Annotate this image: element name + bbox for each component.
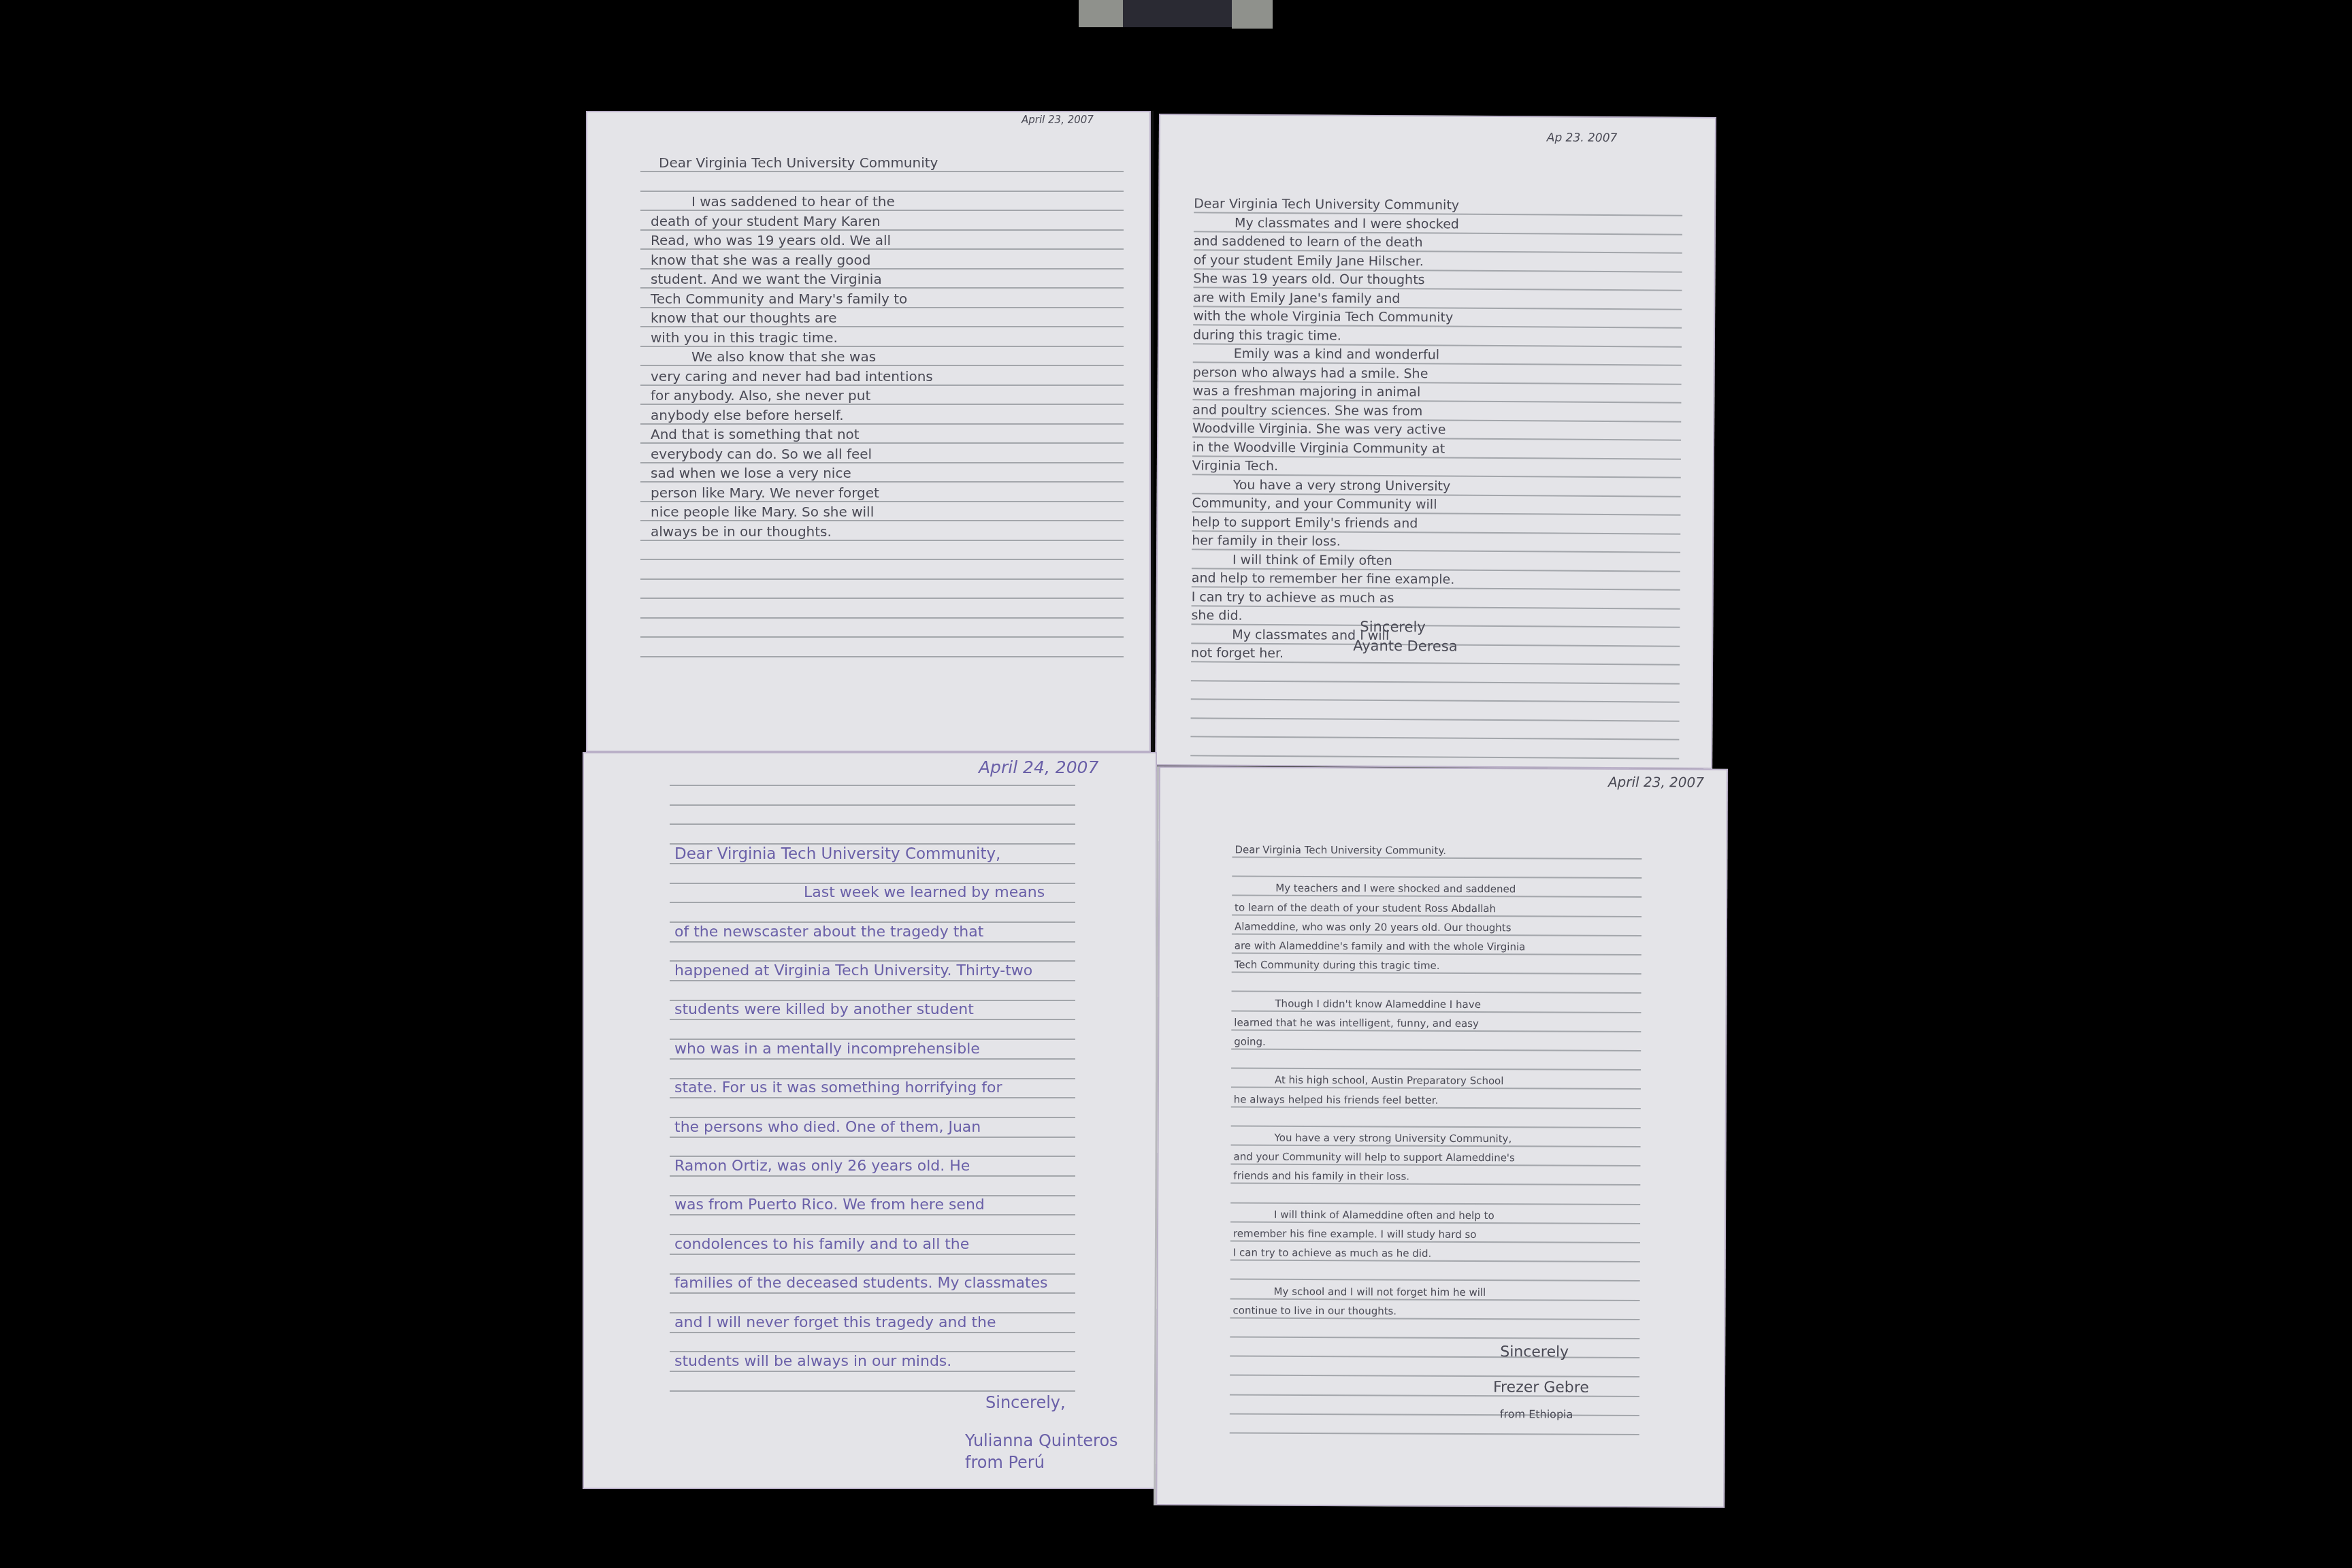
letter-line: Tech Community during this tragic time. <box>1235 959 1440 972</box>
letter-line: of your student Emily Jane Hilscher. <box>1194 252 1424 269</box>
letter-line: and poultry sciences. She was from <box>1192 402 1422 419</box>
letter-line: student. And we want the Virginia <box>651 271 882 287</box>
letter-line: You have a very strong University Commun… <box>1275 1132 1512 1145</box>
letter-line: help to support Emily's friends and <box>1192 514 1418 531</box>
ruled-line <box>1230 1279 1640 1282</box>
ruled-line <box>670 1000 1075 1001</box>
ruled-line <box>640 442 1124 444</box>
letter-line: My classmates and I were shocked <box>1235 215 1459 231</box>
letter-signature: Ayante Deresa <box>1353 638 1458 655</box>
ruled-line <box>640 598 1124 599</box>
ruled-line <box>640 210 1124 211</box>
ruled-line <box>1232 856 1641 860</box>
ruled-line <box>670 902 1075 903</box>
ruled-line <box>670 863 1075 864</box>
ruled-line <box>1230 1432 1639 1435</box>
ruled-line <box>1231 1087 1641 1090</box>
ruled-line <box>670 1351 1075 1352</box>
ruled-line <box>670 1117 1075 1118</box>
ruled-line <box>1230 1260 1640 1263</box>
ruled-line <box>640 287 1124 289</box>
ruled-line <box>1192 605 1680 609</box>
letter-line: going. <box>1234 1035 1266 1047</box>
letter-line: person like Mary. We never forget <box>651 485 879 501</box>
letter-line: death of your student Mary Karen <box>651 213 881 229</box>
letter-signature: Yulianna Quinteros <box>965 1431 1118 1450</box>
ruled-line <box>640 578 1124 580</box>
letter-line: I can try to achieve as much as <box>1192 589 1394 606</box>
ruled-line <box>670 1332 1075 1333</box>
letter-line: friends and his family in their loss. <box>1233 1170 1409 1183</box>
letter-line: know that she was a really good <box>651 252 870 268</box>
ruled-line <box>1232 952 1641 955</box>
ruled-line <box>1231 1106 1641 1109</box>
letter-line: I can try to achieve as much as he did. <box>1233 1247 1431 1260</box>
letter-line: students were killed by another student <box>674 1001 974 1018</box>
letter-line: You have a very strong University <box>1233 477 1451 493</box>
letter-line: Tech Community and Mary's family to <box>651 291 907 307</box>
ruled-line <box>1230 1183 1640 1186</box>
letter-line: Alameddine, who was only 20 years old. O… <box>1235 920 1512 934</box>
ruled-line <box>670 1273 1075 1275</box>
ruled-line <box>670 1156 1075 1157</box>
ruled-line <box>1190 755 1679 759</box>
ruled-line <box>1231 1125 1641 1128</box>
ruled-line <box>1230 1375 1639 1378</box>
ruled-line <box>1231 1048 1641 1051</box>
ruled-line <box>1230 1336 1639 1339</box>
ruled-line <box>670 1214 1075 1215</box>
letter-date: April 23, 2007 <box>1608 774 1704 791</box>
ruled-line <box>640 385 1124 386</box>
ruled-line <box>1232 991 1641 994</box>
letter-closing: Sincerely <box>1500 1343 1569 1360</box>
binder-clip-object <box>1079 0 1273 27</box>
letter-line: state. For us it was something horrifyin… <box>674 1079 1002 1096</box>
letter-line: he always helped his friends feel better… <box>1234 1093 1438 1106</box>
ruled-line <box>670 1390 1075 1392</box>
ruled-line <box>640 462 1124 463</box>
ruled-line <box>640 229 1124 231</box>
ruled-line <box>670 1195 1075 1196</box>
ruled-line <box>1231 1010 1641 1013</box>
letter-line: And that is something that not <box>651 426 860 442</box>
letter-line: and your Community will help to support … <box>1233 1151 1514 1164</box>
ruled-line <box>640 520 1124 521</box>
ruled-line <box>1230 1317 1639 1320</box>
letter-line: everybody can do. So we all feel <box>651 446 872 462</box>
letter-salutation: Dear Virginia Tech University Community. <box>1235 844 1446 857</box>
ruled-line <box>670 1371 1075 1372</box>
ruled-line <box>640 326 1124 327</box>
ruled-line <box>640 268 1124 269</box>
letter-line: the persons who died. One of them, Juan <box>674 1119 981 1136</box>
ruled-line <box>1230 1221 1640 1224</box>
letter-line: are with Emily Jane's family and <box>1193 290 1400 306</box>
ruled-line <box>670 1254 1075 1255</box>
letter-salutation: Dear Virginia Tech University Community <box>659 154 938 171</box>
ruled-line <box>1230 1356 1639 1359</box>
letter-line: Virginia Tech. <box>1192 458 1278 474</box>
ruled-line <box>670 1058 1075 1060</box>
letter-line: always be in our thoughts. <box>651 523 832 540</box>
ruled-line <box>640 656 1124 657</box>
letter-line: Read, who was 19 years old. We all <box>651 232 891 248</box>
ruled-line <box>670 883 1075 884</box>
letter-line: Emily was a kind and wonderful <box>1234 346 1439 363</box>
letter-bottom-left: April 24, 2007 Dear Virginia Tech Univer… <box>583 752 1157 1489</box>
letter-line: in the Woodville Virginia Community at <box>1192 440 1445 456</box>
letter-line: We also know that she was <box>691 348 876 365</box>
ruled-line <box>670 921 1075 923</box>
letter-line: who was in a mentally incomprehensible <box>674 1041 980 1058</box>
ruled-line <box>1191 717 1680 721</box>
letter-closing: Sincerely <box>1360 619 1425 636</box>
letter-bottom-right: April 23, 2007 Dear Virginia Tech Univer… <box>1154 766 1728 1508</box>
letter-line: Community, and your Community will <box>1192 495 1437 512</box>
letter-top-right: Ap 23. 2007 Dear Virginia Tech Universit… <box>1155 114 1716 769</box>
ruled-line <box>640 636 1124 638</box>
ruled-line <box>670 1292 1075 1294</box>
ruled-line <box>640 501 1124 502</box>
letter-line: to learn of the death of your student Ro… <box>1235 901 1496 915</box>
ruled-line <box>640 559 1124 560</box>
letter-line: families of the deceased students. My cl… <box>674 1275 1048 1292</box>
letter-line: continue to live in our thoughts. <box>1232 1304 1396 1317</box>
letter-line: with the whole Virginia Tech Community <box>1193 308 1453 325</box>
letter-line: know that our thoughts are <box>651 310 836 326</box>
letter-date: April 23, 2007 <box>1022 114 1094 126</box>
ruled-line <box>670 804 1075 806</box>
letter-line: learned that he was intelligent, funny, … <box>1234 1016 1479 1030</box>
ruled-line <box>1230 1413 1639 1416</box>
ruled-line <box>670 785 1075 786</box>
letter-line: with you in this tragic time. <box>651 329 838 346</box>
clip-right-tab <box>1232 0 1273 29</box>
letter-line: students will be always in our minds. <box>674 1353 951 1370</box>
letter-line: My school and I will not forget him he w… <box>1274 1285 1486 1298</box>
letter-line: and saddened to learn of the death <box>1194 233 1423 250</box>
letter-line: are with Alameddine's family and with th… <box>1235 939 1526 953</box>
ruled-line <box>1230 1240 1640 1243</box>
ruled-lines <box>1194 114 1683 116</box>
clip-left-tab <box>1079 0 1123 27</box>
ruled-line <box>640 307 1124 308</box>
ruled-line <box>1232 914 1641 917</box>
ruled-line <box>1230 1202 1640 1205</box>
ruled-line <box>670 980 1075 981</box>
letter-salutation: Dear Virginia Tech University Community <box>1194 196 1459 212</box>
ruled-line <box>640 404 1124 405</box>
letter-date: Ap 23. 2007 <box>1547 131 1618 145</box>
ruled-line <box>640 365 1124 366</box>
ruled-line <box>640 617 1124 619</box>
ruled-line <box>1231 1029 1641 1032</box>
letter-line: Ramon Ortiz, was only 26 years old. He <box>674 1158 970 1175</box>
letter-line: person who always had a smile. She <box>1193 365 1428 381</box>
ruled-line <box>670 1097 1075 1098</box>
letter-line: Last week we learned by means <box>804 884 1045 901</box>
letter-closing: Sincerely, <box>985 1393 1066 1412</box>
letter-line: was a freshman majoring in animal <box>1192 383 1420 399</box>
ruled-line <box>1232 972 1641 975</box>
ruled-line <box>670 1039 1075 1040</box>
letter-line: for anybody. Also, she never put <box>651 387 870 404</box>
letter-line: anybody else before herself. <box>651 407 844 423</box>
ruled-line <box>640 171 1124 172</box>
letter-line: I was saddened to hear of the <box>691 193 895 210</box>
letter-line: Though I didn't know Alameddine I have <box>1275 997 1480 1010</box>
ruled-line <box>670 1175 1075 1177</box>
ruled-line <box>1191 698 1680 702</box>
letter-top-left: April 23, 2007 Dear Virginia Tech Univer… <box>586 111 1154 752</box>
letter-origin: from Ethiopia <box>1500 1407 1573 1420</box>
ruled-line <box>670 941 1075 943</box>
ruled-line <box>640 423 1124 425</box>
letter-line: She was 19 years old. Our thoughts <box>1193 271 1424 287</box>
ruled-line <box>670 843 1075 845</box>
letter-line: of the newscaster about the tragedy that <box>674 924 983 941</box>
ruled-line <box>640 481 1124 483</box>
letter-date: April 24, 2007 <box>979 757 1098 777</box>
ruled-line <box>1231 1068 1641 1071</box>
letter-line: At his high school, Austin Preparatory S… <box>1275 1074 1504 1087</box>
ruled-line <box>640 191 1124 192</box>
ruled-line <box>640 540 1124 541</box>
letter-signature: Frezer Gebre <box>1493 1379 1589 1396</box>
letter-line: was from Puerto Rico. We from here send <box>674 1196 985 1213</box>
letter-line: and help to remember her fine example. <box>1192 570 1455 587</box>
ruled-line <box>640 346 1124 347</box>
ruled-line <box>670 1312 1075 1313</box>
letter-line: Woodville Virginia. She was very active <box>1192 421 1445 437</box>
letter-line: she did. <box>1191 608 1242 623</box>
letter-line: happened at Virginia Tech University. Th… <box>674 962 1032 979</box>
letter-origin: from Perú <box>965 1453 1045 1472</box>
ruled-line <box>1191 661 1680 665</box>
ruled-line <box>1232 933 1641 936</box>
letter-line: condolences to his family and to all the <box>674 1236 969 1253</box>
ruled-line <box>1231 1144 1641 1147</box>
ruled-line <box>1232 895 1641 898</box>
ruled-line <box>670 1019 1075 1020</box>
letter-line: during this tragic time. <box>1193 327 1341 343</box>
letter-line: remember his fine example. I will study … <box>1233 1227 1477 1241</box>
ruled-line <box>1190 736 1679 740</box>
letter-line: not forget her. <box>1191 645 1284 661</box>
ruled-line <box>1230 1164 1640 1167</box>
ruled-line <box>640 248 1124 250</box>
ruled-line <box>1191 680 1680 684</box>
ruled-line <box>670 960 1075 962</box>
ruled-line <box>670 1078 1075 1079</box>
ruled-line <box>1232 876 1641 879</box>
ruled-line <box>670 1137 1075 1138</box>
letter-line: I will think of Emily often <box>1232 552 1392 568</box>
ruled-line <box>1230 1298 1640 1301</box>
letter-line: I will think of Alameddine often and hel… <box>1274 1209 1494 1222</box>
letter-line: her family in their loss. <box>1192 533 1341 549</box>
letter-line: sad when we lose a very nice <box>651 465 851 481</box>
letter-line: and I will never forget this tragedy and… <box>674 1314 996 1331</box>
letter-line: My teachers and I were shocked and sadde… <box>1275 882 1516 896</box>
letter-line: nice people like Mary. So she will <box>651 504 874 520</box>
ruled-line <box>670 823 1075 825</box>
letter-salutation: Dear Virginia Tech University Community, <box>674 845 1000 863</box>
ruled-line <box>670 1234 1075 1235</box>
letter-line: very caring and never had bad intentions <box>651 368 933 385</box>
